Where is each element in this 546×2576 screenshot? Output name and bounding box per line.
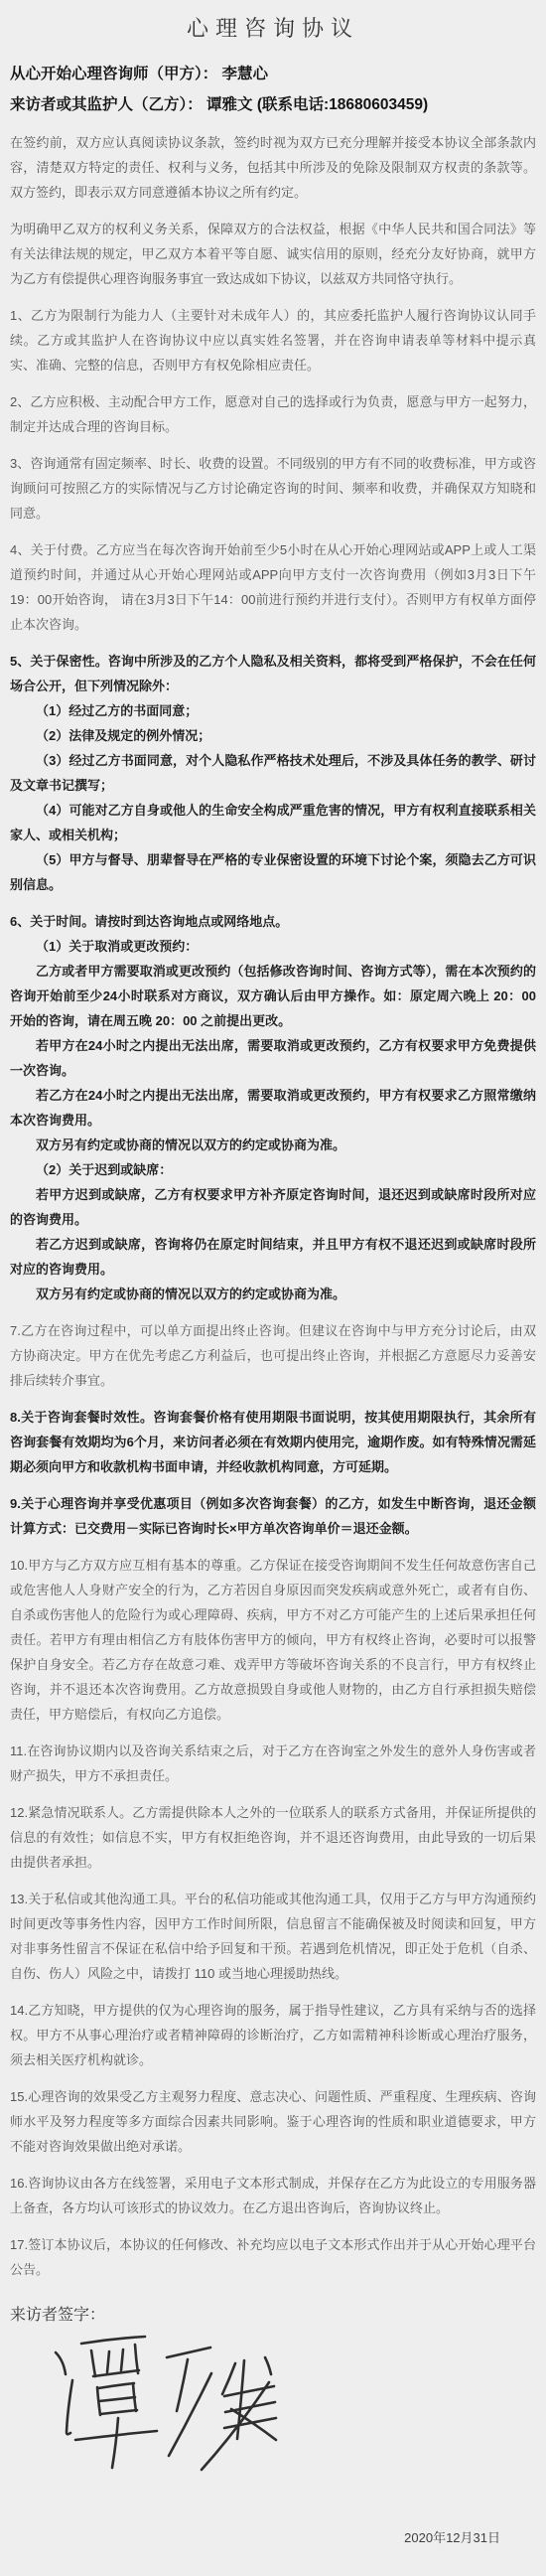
agreement-body: 在签约前，双方应认真阅读协议条款，签约时视为双方已充分理解并接受本协议全部条款内… bbox=[10, 130, 536, 2282]
clause-6-item-2-para-3: 双方另有约定或协商的情况以双方的约定或协商为准。 bbox=[10, 1282, 536, 1306]
clause-6-item-2-title: （2）关于迟到或缺席： bbox=[10, 1157, 536, 1182]
page-title: 心理咨询协议 bbox=[10, 12, 536, 43]
clause-17: 17.签订本协议后，本协议的任何修改、补充均应以电子文本形式作出并于从心开始心理… bbox=[10, 2232, 536, 2282]
clause-6-item-1-para-3: 若乙方在24小时之内提出无法出席，需要取消或更改预约，甲方有权要求乙方照常缴纳本… bbox=[10, 1083, 536, 1133]
clause-6-item-1-para-2: 若甲方在24小时之内提出无法出席，需要取消或更改预约，乙方有权要求甲方免费提供一… bbox=[10, 1033, 536, 1083]
signature-strokes bbox=[56, 2337, 276, 2470]
clause-6-head: 6、关于时间。请按时到达咨询地点或网络地点。 bbox=[10, 909, 536, 934]
clause-10: 10.甲方与乙方双方应互相有基本的尊重。乙方保证在接受咨询期间不发生任何故意伤害… bbox=[10, 1553, 536, 1727]
intro-paragraph-1: 在签约前，双方应认真阅读协议条款，签约时视为双方已充分理解并接受本协议全部条款内… bbox=[10, 130, 536, 205]
clause-6-item-2-para-1: 若甲方迟到或缺席，乙方有权要求甲方补齐原定咨询时间，退还迟到或缺席时段所对应的咨… bbox=[10, 1182, 536, 1232]
clause-6-item-1-para-1: 乙方或者甲方需要取消或更改预约（包括修改咨询时间、咨询方式等），需在本次预约的咨… bbox=[10, 959, 536, 1033]
clause-13: 13.关于私信或其他沟通工具。平台的私信功能或其他沟通工具，仅用于乙方与甲方沟通… bbox=[10, 1887, 536, 1986]
clause-16: 16.咨询协议由各方在线签署，采用电子文本形式制成，并保存在乙方为此设立的专用服… bbox=[10, 2171, 536, 2220]
intro-paragraph-2: 为明确甲乙双方的权利义务关系，保障双方的合法权益，根据《中华人民共和国合同法》等… bbox=[10, 217, 536, 291]
clause-1: 1、乙方为限制行为能力人（主要针对未成年人）的，其应委托监护人履行咨询协议认同手… bbox=[10, 303, 536, 378]
clause-5-item-5: （5）甲方与督导、朋辈督导在严格的专业保密设置的环境下讨论个案，须隐去乙方可识别… bbox=[10, 847, 536, 897]
visitor-signature-label: 来访者签字： bbox=[10, 2302, 536, 2325]
clause-8: 8.关于咨询套餐时效性。咨询套餐价格有使用期限书面说明，按其使用期限执行，其余所… bbox=[10, 1405, 536, 1479]
party-b-line: 来访者或其监护人（乙方）： 谭雅文 (联系电话:18680603459) bbox=[10, 89, 536, 120]
clause-7: 7.乙方在咨询过程中，可以单方面提出终止咨询。但建议在咨询中与甲方充分讨论后，由… bbox=[10, 1318, 536, 1393]
clause-5-item-4: （4）可能对乙方自身或他人的生命安全构成严重危害的情况，甲方有权利直接联系相关家… bbox=[10, 798, 536, 847]
clause-6-item-1-para-4: 双方另有约定或协商的情况以双方的约定或协商为准。 bbox=[10, 1133, 536, 1157]
clause-4: 4、关于付费。乙方应当在每次咨询开始前至少5小时在从心开始心理网站或APP上或人… bbox=[10, 537, 536, 637]
handwritten-signature bbox=[40, 2331, 278, 2480]
clause-15: 15.心理咨询的效果受乙方主观努力程度、意志决心、问题性质、严重程度、生理疾病、… bbox=[10, 2084, 536, 2159]
clause-14: 14.乙方知晓，甲方提供的仅为心理咨询的服务，属于指导性建议，乙方具有采纳与否的… bbox=[10, 1998, 536, 2072]
clause-6-item-2-para-2: 若乙方迟到或缺席，咨询将仍在原定时间结束，并且甲方有权不退还迟到或缺席时段所对应… bbox=[10, 1232, 536, 1282]
clause-6-item-1-title: （1）关于取消或更改预约： bbox=[10, 934, 536, 959]
clause-5-head: 5、关于保密性。咨询中所涉及的乙方个人隐私及相关资料，都将受到严格保护，不会在任… bbox=[10, 649, 536, 698]
clause-12: 12.紧急情况联系人。乙方需提供除本人之外的一位联系人的联系方式备用，并保证所提… bbox=[10, 1800, 536, 1875]
clause-11: 11.在咨询协议期内以及咨询关系结束之后，对于乙方在咨询室之外发生的意外人身伤害… bbox=[10, 1739, 536, 1788]
clause-5-item-3: （3）经过乙方书面同意，对个人隐私作严格技术处理后，不涉及具体任务的教学、研讨及… bbox=[10, 748, 536, 798]
clause-5-item-2: （2）法律及规定的例外情况； bbox=[10, 723, 536, 748]
clause-9: 9.关于心理咨询并享受优惠项目（例如多次咨询套餐）的乙方，如发生中断咨询，退还金… bbox=[10, 1491, 536, 1541]
agreement-page: { "document": { "title": "心理咨询协议", "part… bbox=[0, 0, 546, 2576]
clause-5-item-1: （1）经过乙方的书面同意； bbox=[10, 698, 536, 723]
clause-3: 3、咨询通常有固定频率、时长、收费的设置。不同级别的甲方有不同的收费标准，甲方或… bbox=[10, 451, 536, 526]
clause-2: 2、乙方应积极、主动配合甲方工作，愿意对自己的选择或行为负责，愿意与甲方一起努力… bbox=[10, 389, 536, 439]
agreement-date: 2020年12月31日 bbox=[10, 2527, 536, 2546]
party-a-line: 从心开始心理咨询师（甲方）： 李慧心 bbox=[10, 59, 536, 89]
parties-block: 从心开始心理咨询师（甲方）： 李慧心 来访者或其监护人（乙方）： 谭雅文 (联系… bbox=[10, 59, 536, 120]
